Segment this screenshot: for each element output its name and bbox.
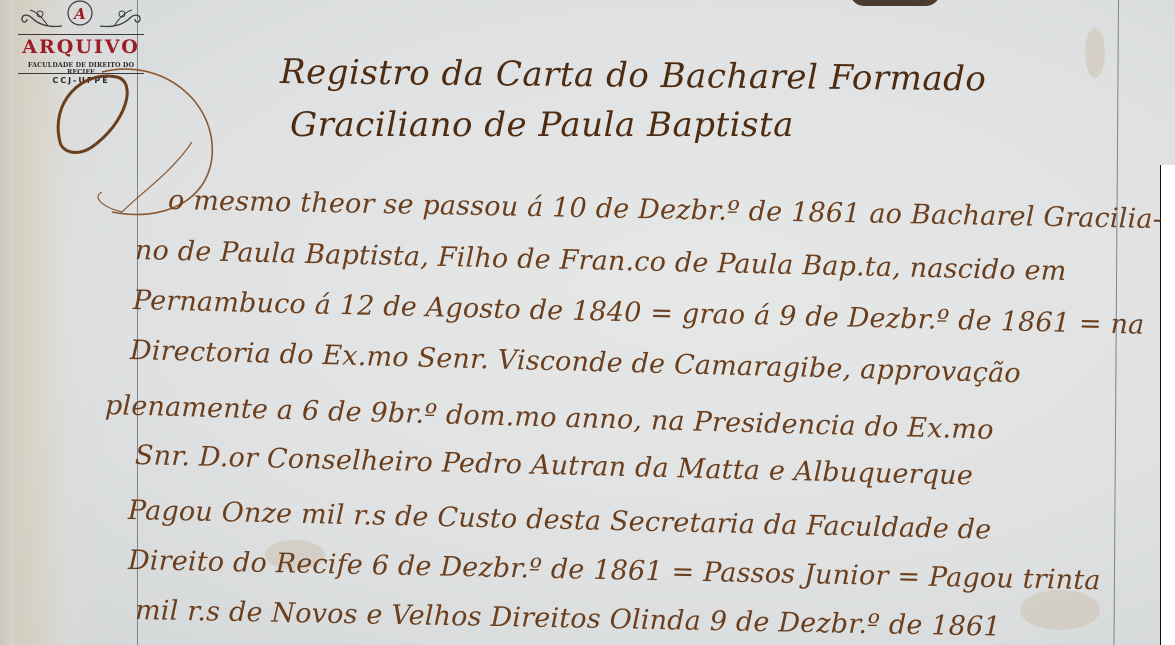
body-line: mil r.s de Novos e Velhos Direitos Olind… [135,595,1001,643]
previous-entry-fragment [850,0,940,6]
body-line: Pagou Onze mil r.s de Custo desta Secret… [128,495,992,546]
left-scroll-ornament-icon [18,6,64,32]
body-line: Direito do Recife 6 de Dezbr.º de 1861 =… [128,545,1101,596]
body-line: no de Paula Baptista, Filho de Fran.co d… [135,235,1067,287]
body-line: plenamente a 6 de 9br.º dom.mo anno, na … [105,390,995,446]
body-line: Pernambuco á 12 de Agosto de 1840 = grao… [133,285,1145,341]
body-line: Directoria do Ex.mo Senr. Visconde de Ca… [130,335,1022,389]
ornament-emblem-icon: A [64,0,96,30]
body-line: Snr. D.or Conselheiro Pedro Autran da Ma… [135,440,974,491]
binding-edge [0,0,14,645]
adjacent-page-edge [1160,165,1175,645]
body-line: o mesmo theor se passou á 10 de Dezbr.º … [168,185,1163,235]
entry-heading-line-1: Registro da Carta do Bacharel Formado [280,52,987,99]
svg-text:A: A [72,5,86,23]
logo-rule [18,34,144,35]
logo-title: ARQUIVO [16,36,146,58]
document-page: A ARQUIVO FACULDADE DE DIREITO DO RECIFE… [0,0,1175,645]
entry-heading-line-2: Graciliano de Paula Baptista [290,105,794,145]
right-scroll-ornament-icon [98,6,144,32]
paper-stain [1085,28,1105,78]
